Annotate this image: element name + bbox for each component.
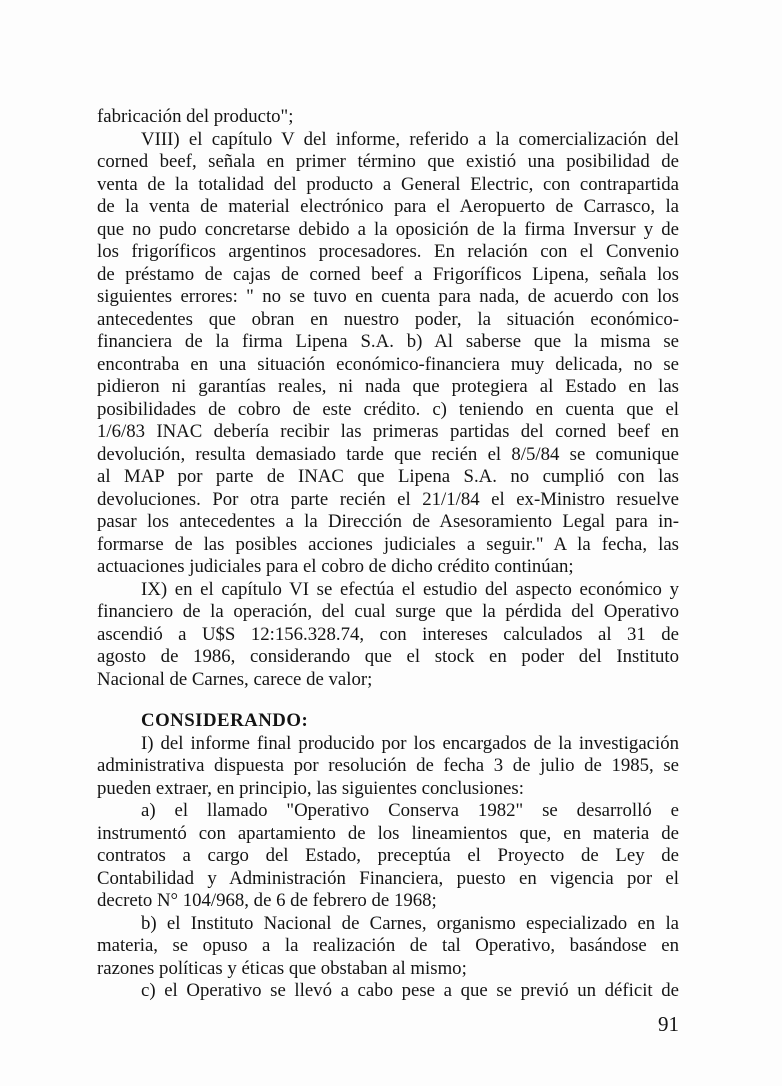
text-line: antecedentes que obran en nuestro poder,… [97,309,679,332]
text-line: I) del informe final producido por los e… [97,733,679,756]
text-line: fabricación del producto"; [97,106,679,129]
document-body: fabricación del producto";VIII) el capít… [97,106,679,1036]
text-line: corned beef, señala en primer término qu… [97,151,679,174]
heading-line: CONSIDERANDO: [97,710,679,733]
text-line: de la venta de material electrónico para… [97,196,679,219]
text-line: b) el Instituto Nacional de Carnes, orga… [97,913,679,936]
document-lines: fabricación del producto";VIII) el capít… [97,106,679,1003]
text-line: al MAP por parte de INAC que Lipena S.A.… [97,466,679,489]
page-number: 91 [97,1012,679,1036]
text-line: materia, se opuso a la realización de ta… [97,935,679,958]
text-line: venta de la totalidad del producto a Gen… [97,174,679,197]
text-line: administrativa dispuesta por resolución … [97,755,679,778]
text-line: contratos a cargo del Estado, preceptúa … [97,845,679,868]
text-line: ascendió a U$S 12:156.328.74, con intere… [97,624,679,647]
text-line: pidieron ni garantías reales, ni nada qu… [97,376,679,399]
text-line: Nacional de Carnes, carece de valor; [97,669,679,692]
text-line: siguientes errores: " no se tuvo en cuen… [97,286,679,309]
text-line: financiero de la operación, del cual sur… [97,601,679,624]
text-line: pueden extraer, en principio, las siguie… [97,778,679,801]
text-line: actuaciones judiciales para el cobro de … [97,556,679,579]
text-line: c) el Operativo se llevó a cabo pese a q… [97,980,679,1003]
text-line: posibilidades de cobro de este crédito. … [97,399,679,422]
text-line: razones políticas y éticas que obstaban … [97,958,679,981]
text-line: instrumentó con apartamiento de los line… [97,823,679,846]
text-line: Contabilidad y Administración Financiera… [97,868,679,891]
document-page: fabricación del producto";VIII) el capít… [0,0,782,1086]
text-line: devoluciones. Por otra parte recién el 2… [97,489,679,512]
text-line: agosto de 1986, considerando que el stoc… [97,646,679,669]
text-line: IX) en el capítulo VI se efectúa el estu… [97,579,679,602]
text-line: decreto N° 104/968, de 6 de febrero de 1… [97,890,679,913]
text-line: los frigoríficos argentinos procesadores… [97,241,679,264]
text-line: encontraba en una situación económico-fi… [97,354,679,377]
text-line: devolución, resulta demasiado tarde que … [97,444,679,467]
text-line: pasar los antecedentes a la Dirección de… [97,511,679,534]
text-line: de préstamo de cajas de corned beef a Fr… [97,264,679,287]
text-line: financiera de la firma Lipena S.A. b) Al… [97,331,679,354]
text-line: VIII) el capítulo V del informe, referid… [97,129,679,152]
text-line: 1/6/83 INAC debería recibir las primeras… [97,421,679,444]
text-line: formarse de las posibles acciones judici… [97,534,679,557]
text-line: que no pudo concretarse debido a la opos… [97,219,679,242]
text-line: a) el llamado "Operativo Conserva 1982" … [97,800,679,823]
